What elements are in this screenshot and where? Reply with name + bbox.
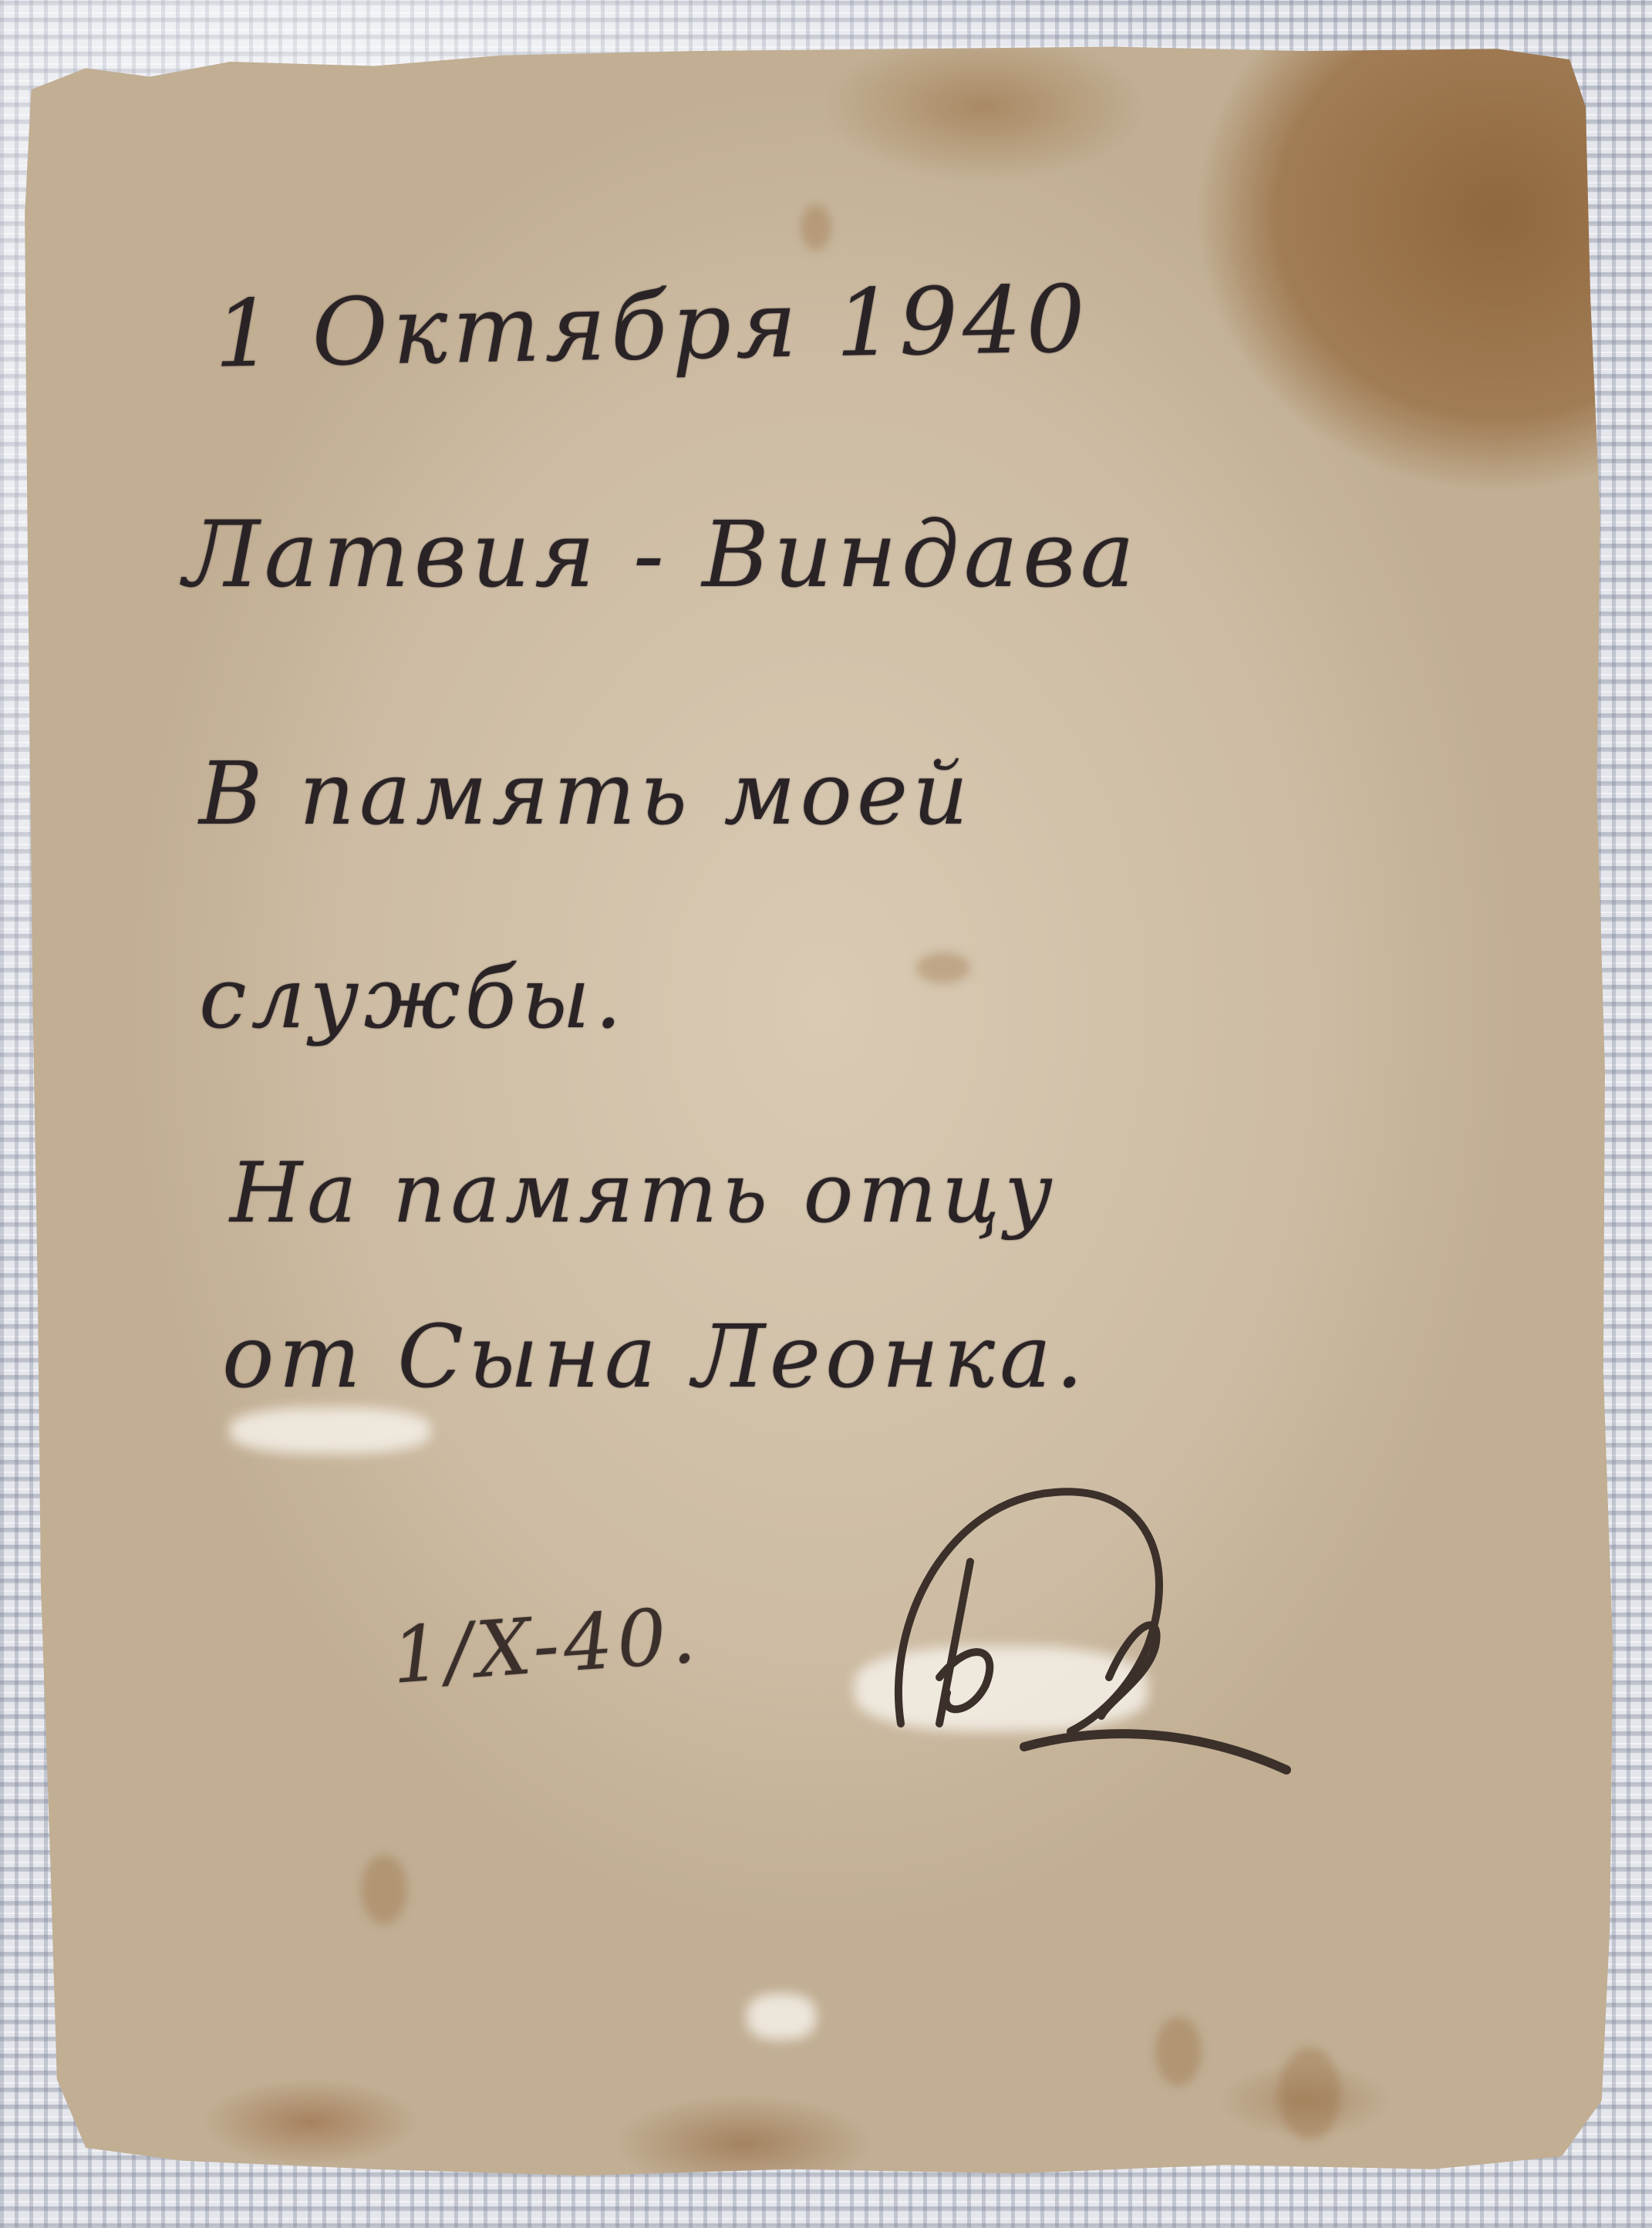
signature-icon <box>855 1469 1394 1793</box>
stain-spot <box>361 1855 407 1924</box>
inscription-line-5: На память отцу <box>230 1145 1057 1242</box>
inscription-line-6: от Сына Леонка. <box>222 1307 1088 1407</box>
paper-scuff <box>747 1994 816 2040</box>
inscription-line-3: В память моей <box>199 744 973 844</box>
paper-scuff <box>230 1407 430 1454</box>
inscription-place: Латвия - Виндава <box>184 501 1139 608</box>
photo-card-back: 1 Октября 1940 Латвия - Виндава В память… <box>22 42 1626 2186</box>
stain-spot <box>1279 2048 1340 2140</box>
inscription-line-4: службы. <box>199 949 626 1047</box>
inscription-date: 1 Октября 1940 <box>214 266 1091 389</box>
stain-spot <box>916 952 970 983</box>
stain-spot <box>1155 2017 1202 2086</box>
stain-spot <box>801 204 831 251</box>
inscription-short-date: 1/X-40. <box>389 1589 703 1701</box>
